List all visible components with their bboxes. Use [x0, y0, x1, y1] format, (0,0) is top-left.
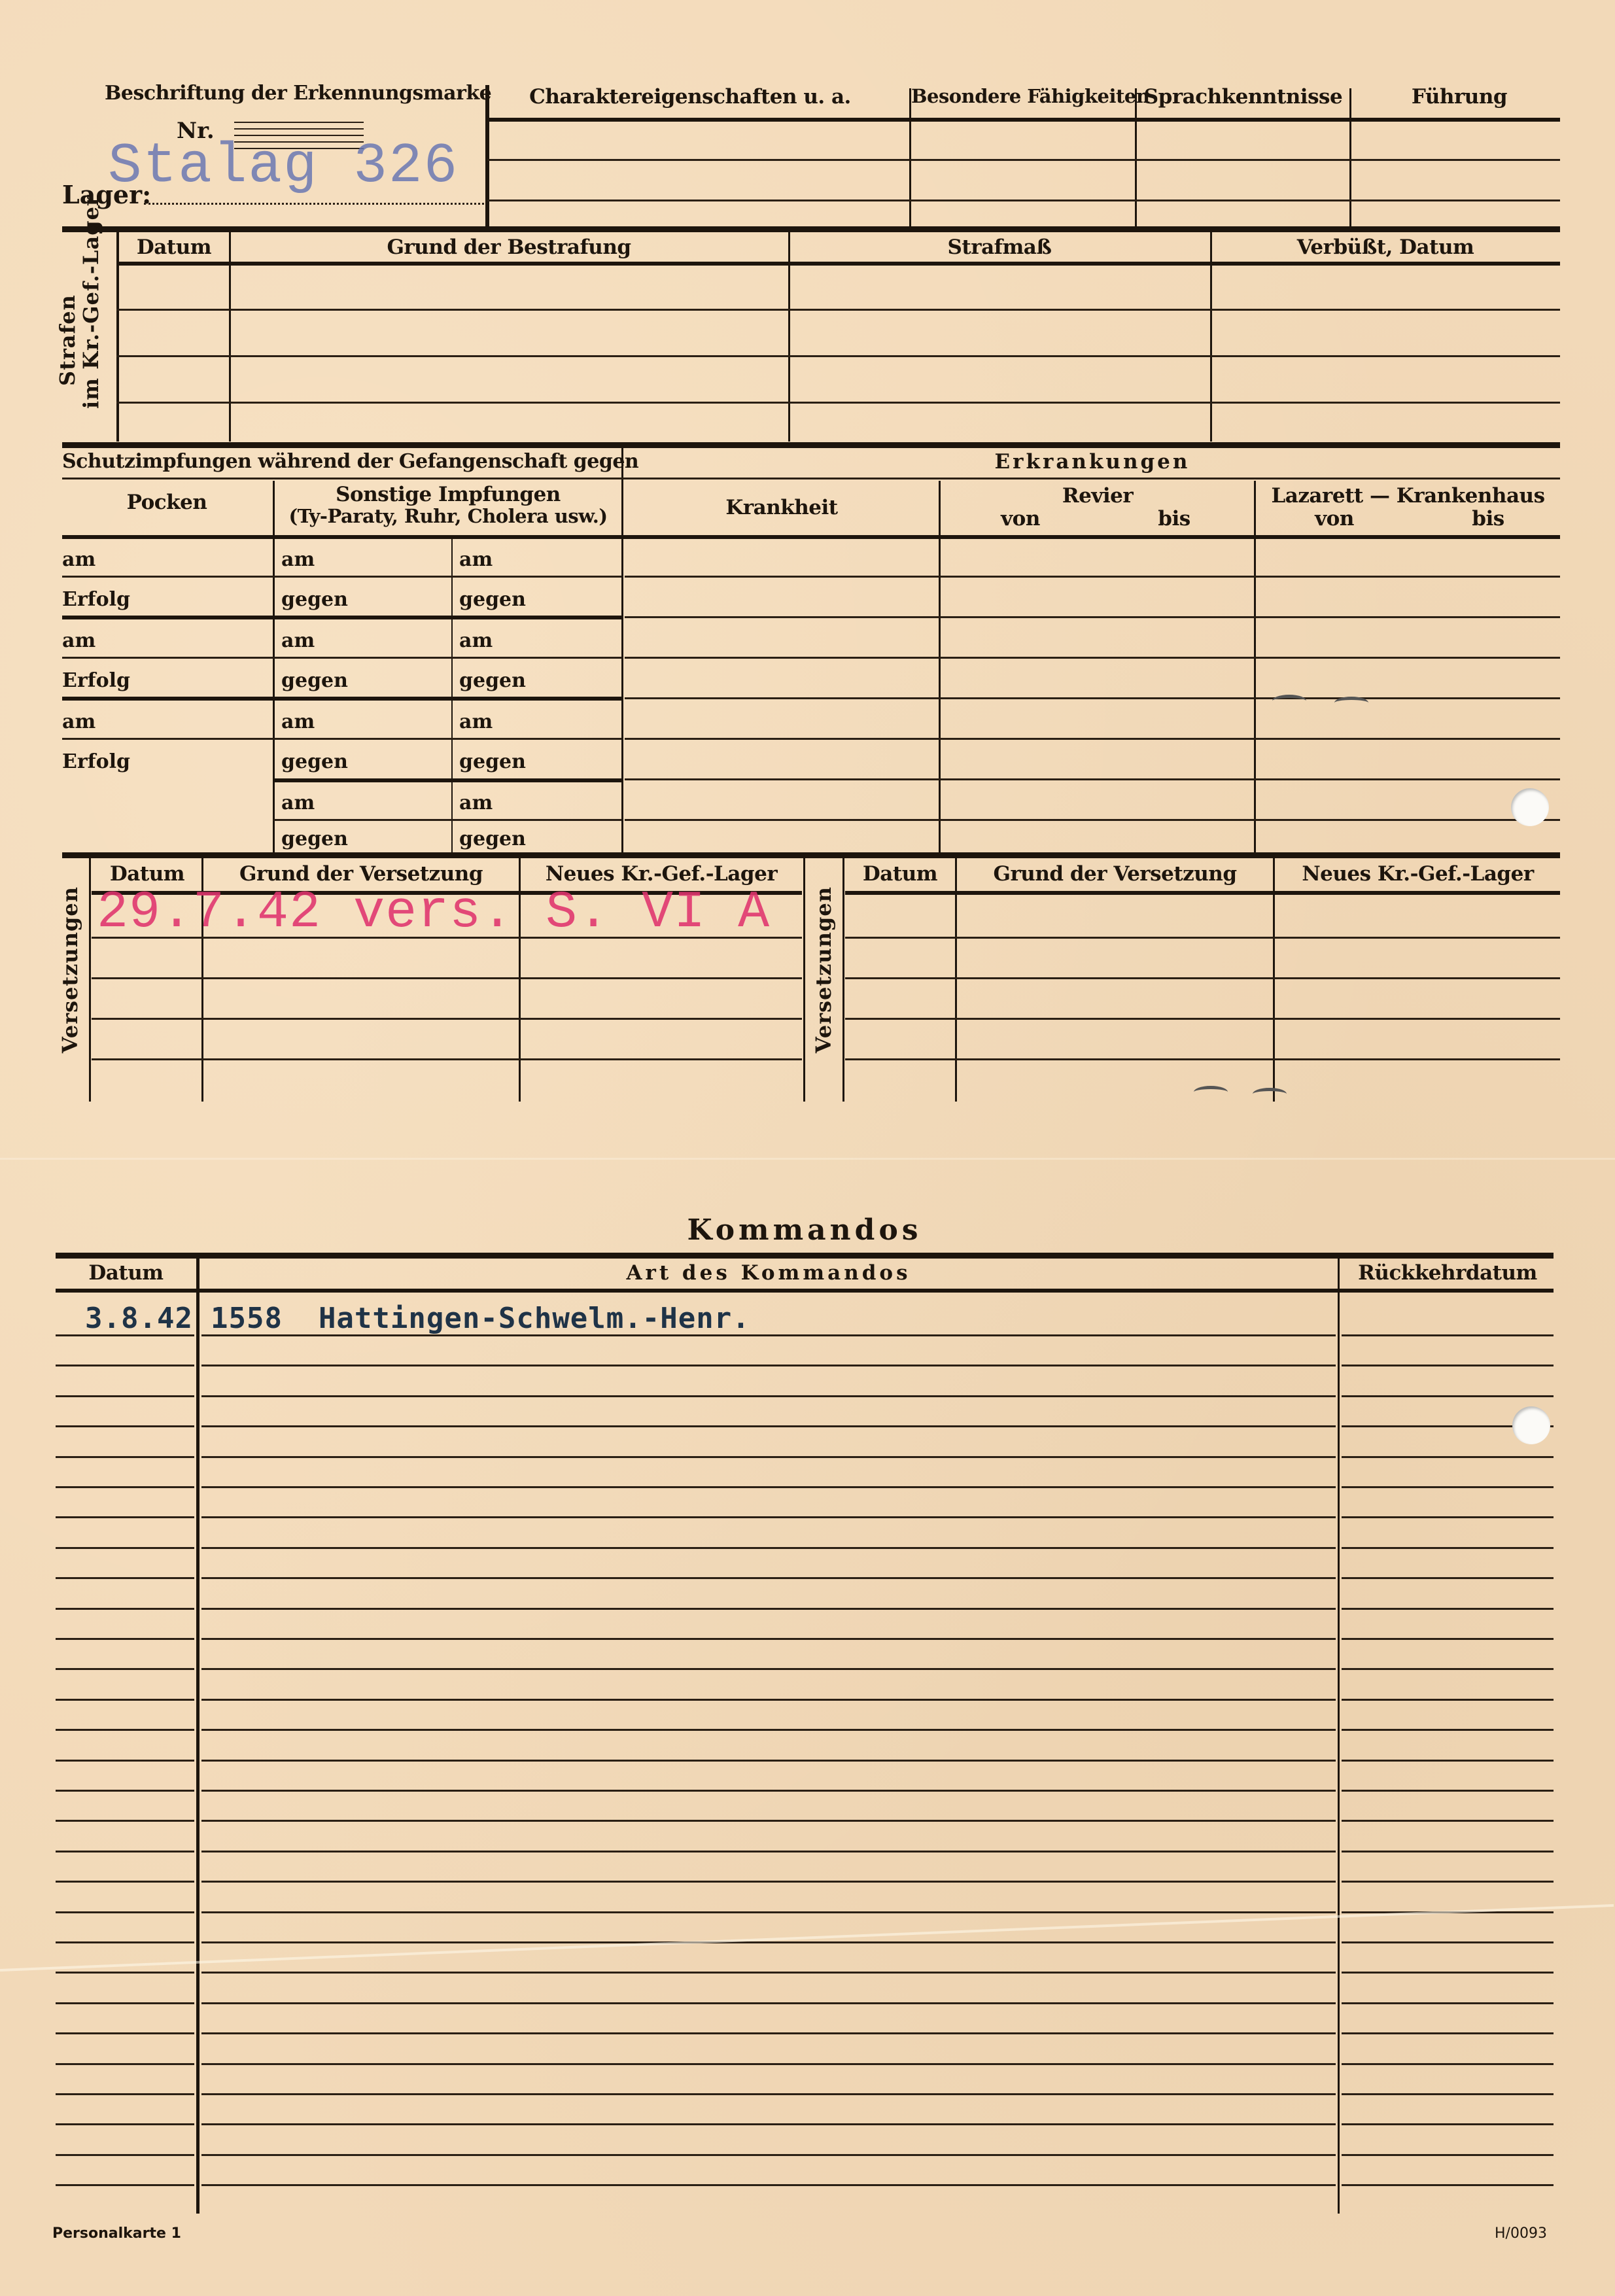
kommandos-row-rules [56, 0, 1554, 2296]
rule [201, 1365, 1336, 1366]
rule [56, 1760, 194, 1762]
rule [201, 1790, 1336, 1792]
rule [1342, 1668, 1554, 1670]
rule [201, 1608, 1336, 1610]
rule [56, 2032, 194, 2034]
rule [56, 1608, 194, 1610]
rule [56, 1972, 194, 1974]
rule [1342, 1851, 1554, 1852]
rule [201, 1516, 1336, 1518]
rule [201, 1820, 1336, 1822]
rule [201, 1699, 1336, 1701]
rule [1342, 1547, 1554, 1549]
rule [1342, 1941, 1554, 1943]
rule [1342, 1972, 1554, 1974]
rule [56, 1820, 194, 1822]
rule [1342, 2123, 1554, 2125]
rule [201, 2063, 1336, 2065]
rule [1342, 1699, 1554, 1701]
rule [201, 1425, 1336, 1427]
rule [56, 1911, 194, 1913]
rule [56, 1668, 194, 1670]
rule [1342, 2002, 1554, 2004]
rule [1342, 1608, 1554, 1610]
form-code: H/0093 [1495, 2225, 1547, 2242]
rule [201, 1547, 1336, 1549]
rule [56, 1456, 194, 1458]
rule [56, 1638, 194, 1640]
rule [201, 1972, 1336, 1974]
rule [201, 1941, 1336, 1943]
rule [56, 2063, 194, 2065]
rule [201, 1395, 1336, 1397]
rule [201, 1456, 1336, 1458]
rule [1342, 1334, 1554, 1336]
rule [56, 1516, 194, 1518]
rule [56, 1790, 194, 1792]
rule [56, 1881, 194, 1883]
rule [201, 1851, 1336, 1852]
rule [1342, 2032, 1554, 2034]
rule [201, 1577, 1336, 1579]
rule [1342, 1516, 1554, 1518]
rule [56, 2184, 194, 2186]
rule [56, 2093, 194, 2095]
rule [56, 1486, 194, 1488]
rule [56, 1547, 194, 1549]
rule [1342, 1790, 1554, 1792]
rule [201, 1729, 1336, 1731]
rule [201, 2032, 1336, 2034]
rule [201, 1668, 1336, 1670]
rule [201, 1760, 1336, 1762]
rule [56, 1395, 194, 1397]
rule [56, 1577, 194, 1579]
rule [1342, 1486, 1554, 1488]
rule [56, 1729, 194, 1731]
rule [56, 1425, 194, 1427]
rule [201, 1638, 1336, 1640]
rule [1342, 2093, 1554, 2095]
rule [201, 1911, 1336, 1913]
rule [1342, 1456, 1554, 1458]
rule [56, 1699, 194, 1701]
rule [56, 2002, 194, 2004]
rule [56, 2154, 194, 2156]
punch-hole [1512, 1406, 1550, 1444]
rule [201, 2002, 1336, 2004]
rule [56, 1851, 194, 1852]
rule [201, 2154, 1336, 2156]
rule [201, 2123, 1336, 2125]
form-name: Personalkarte 1 [52, 2225, 181, 2242]
rule [1342, 1638, 1554, 1640]
rule [201, 2093, 1336, 2095]
rule [1342, 1729, 1554, 1731]
rule [56, 1941, 194, 1943]
rule [1342, 1395, 1554, 1397]
rule [1342, 1365, 1554, 1366]
rule [1342, 1577, 1554, 1579]
rule [56, 2123, 194, 2125]
rule [201, 1881, 1336, 1883]
rule [1342, 1881, 1554, 1883]
rule [201, 1334, 1336, 1336]
rule [1342, 2063, 1554, 2065]
rule [56, 1334, 194, 1336]
rule [1342, 2154, 1554, 2156]
rule [1342, 1820, 1554, 1822]
rule [56, 1365, 194, 1366]
rule [201, 1486, 1336, 1488]
rule [1342, 1760, 1554, 1762]
rule [201, 2184, 1336, 2186]
rule [1342, 2184, 1554, 2186]
